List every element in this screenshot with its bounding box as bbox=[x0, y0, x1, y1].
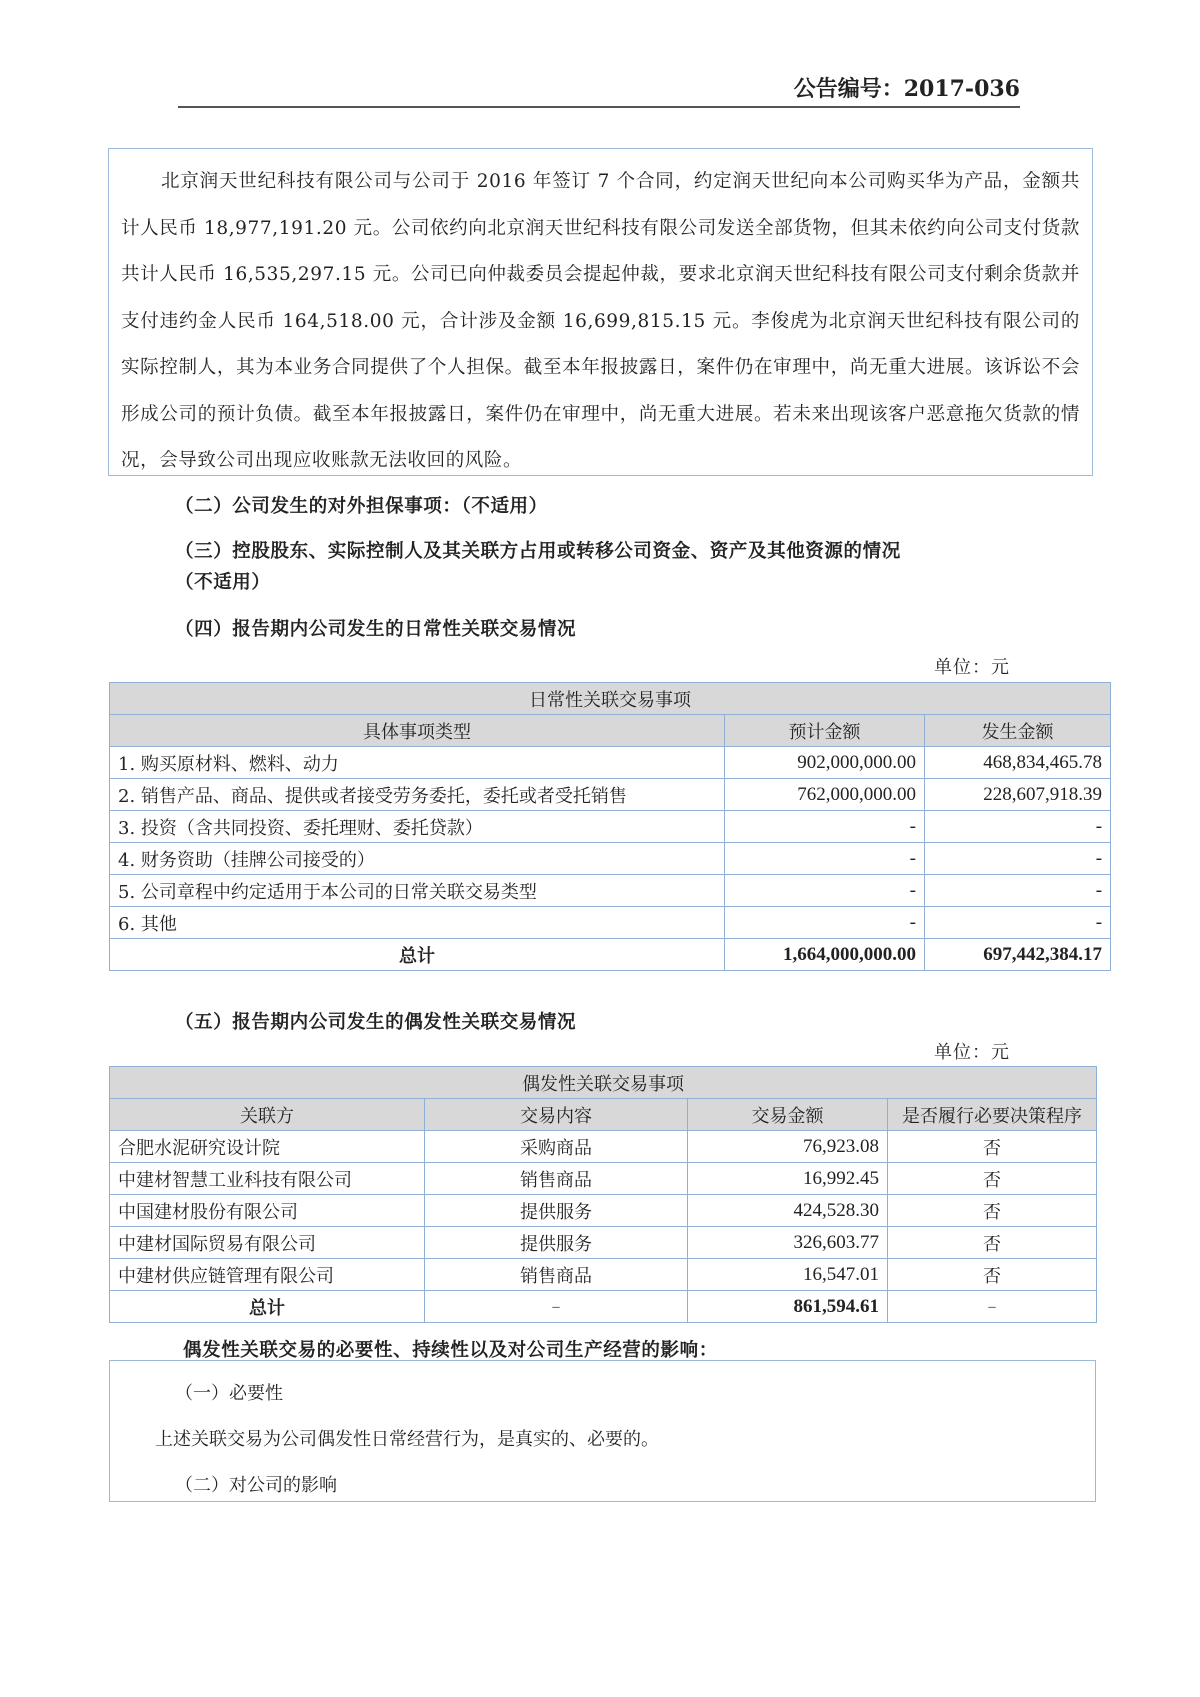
transaction-amount: 326,603.77 bbox=[688, 1227, 888, 1259]
decision-procedure: 否 bbox=[888, 1227, 1097, 1259]
actual-amount: 228,607,918.39 bbox=[925, 779, 1111, 811]
column-header: 关联方 bbox=[110, 1099, 425, 1131]
transaction-amount: 424,528.30 bbox=[688, 1195, 888, 1227]
estimated-amount: - bbox=[725, 907, 925, 939]
item-type: 5. 公司章程中约定适用于本公司的日常关联交易类型 bbox=[110, 875, 725, 907]
transaction-amount: 16,547.01 bbox=[688, 1259, 888, 1291]
item-type: 2. 销售产品、商品、提供或者接受劳务委托，委托或者受托销售 bbox=[110, 779, 725, 811]
necessity-text: 上述关联交易为公司偶发性日常经营行为，是真实的、必要的。 bbox=[155, 1417, 1095, 1463]
item-type: 1. 购买原材料、燃料、动力 bbox=[110, 747, 725, 779]
total-procedure: – bbox=[888, 1291, 1097, 1323]
decision-procedure: 否 bbox=[888, 1163, 1097, 1195]
column-header: 交易内容 bbox=[425, 1099, 688, 1131]
estimated-amount: - bbox=[725, 875, 925, 907]
total-row: 总计 – 861,594.61 – bbox=[110, 1291, 1097, 1323]
total-label: 总计 bbox=[110, 1291, 425, 1323]
total-actual: 697,442,384.17 bbox=[925, 939, 1111, 971]
transaction-content: 采购商品 bbox=[425, 1131, 688, 1163]
related-party: 中国建材股份有限公司 bbox=[110, 1195, 425, 1227]
transaction-amount: 16,992.45 bbox=[688, 1163, 888, 1195]
actual-amount: - bbox=[925, 875, 1111, 907]
total-amount: 861,594.61 bbox=[688, 1291, 888, 1323]
table-row: 合肥水泥研究设计院 采购商品 76,923.08 否 bbox=[110, 1131, 1097, 1163]
item-type: 4. 财务资助（挂牌公司接受的） bbox=[110, 843, 725, 875]
table-row: 3. 投资（含共同投资、委托理财、委托贷款） - - bbox=[110, 811, 1111, 843]
column-header: 发生金额 bbox=[925, 715, 1111, 747]
necessity-heading: （一）必要性 bbox=[175, 1371, 1095, 1417]
impact-box: （一）必要性 上述关联交易为公司偶发性日常经营行为，是真实的、必要的。 （二）对… bbox=[109, 1360, 1096, 1502]
estimated-amount: 762,000,000.00 bbox=[725, 779, 925, 811]
column-header: 是否履行必要决策程序 bbox=[888, 1099, 1097, 1131]
related-party: 中建材国际贸易有限公司 bbox=[110, 1227, 425, 1259]
related-party: 合肥水泥研究设计院 bbox=[110, 1131, 425, 1163]
total-label: 总计 bbox=[110, 939, 725, 971]
section-heading-daily-transactions: （四）报告期内公司发生的日常性关联交易情况 bbox=[175, 615, 576, 641]
decision-procedure: 否 bbox=[888, 1131, 1097, 1163]
impact-heading: 偶发性关联交易的必要性、持续性以及对公司生产经营的影响： bbox=[183, 1336, 718, 1362]
company-impact-heading: （二）对公司的影响 bbox=[175, 1463, 1095, 1509]
occasional-table-unit: 单位：元 bbox=[934, 1038, 1010, 1064]
daily-table-unit: 单位：元 bbox=[934, 653, 1010, 679]
decision-procedure: 否 bbox=[888, 1195, 1097, 1227]
column-header: 预计金额 bbox=[725, 715, 925, 747]
total-estimated: 1,664,000,000.00 bbox=[725, 939, 925, 971]
section-heading-guarantee: （二）公司发生的对外担保事项：（不适用） bbox=[175, 492, 548, 518]
estimated-amount: - bbox=[725, 811, 925, 843]
decision-procedure: 否 bbox=[888, 1259, 1097, 1291]
estimated-amount: - bbox=[725, 843, 925, 875]
related-party: 中建材供应链管理有限公司 bbox=[110, 1259, 425, 1291]
table-row: 中国建材股份有限公司 提供服务 424,528.30 否 bbox=[110, 1195, 1097, 1227]
table-row: 中建材国际贸易有限公司 提供服务 326,603.77 否 bbox=[110, 1227, 1097, 1259]
litigation-paragraph: 北京润天世纪科技有限公司与公司于 2016 年签订 7 个合同，约定润天世纪向本… bbox=[108, 148, 1093, 476]
actual-amount: 468,834,465.78 bbox=[925, 747, 1111, 779]
total-content: – bbox=[425, 1291, 688, 1323]
table-row: 6. 其他 - - bbox=[110, 907, 1111, 939]
transaction-amount: 76,923.08 bbox=[688, 1131, 888, 1163]
table-title: 偶发性关联交易事项 bbox=[110, 1067, 1097, 1099]
item-type: 6. 其他 bbox=[110, 907, 725, 939]
transaction-content: 提供服务 bbox=[425, 1195, 688, 1227]
transaction-content: 销售商品 bbox=[425, 1259, 688, 1291]
page-header: 公告编号：2017-036 bbox=[178, 70, 1020, 108]
table-title: 日常性关联交易事项 bbox=[110, 683, 1111, 715]
item-type: 3. 投资（含共同投资、委托理财、委托贷款） bbox=[110, 811, 725, 843]
related-party: 中建材智慧工业科技有限公司 bbox=[110, 1163, 425, 1195]
table-row: 4. 财务资助（挂牌公司接受的） - - bbox=[110, 843, 1111, 875]
column-header: 具体事项类型 bbox=[110, 715, 725, 747]
total-row: 总计 1,664,000,000.00 697,442,384.17 bbox=[110, 939, 1111, 971]
transaction-content: 提供服务 bbox=[425, 1227, 688, 1259]
actual-amount: - bbox=[925, 907, 1111, 939]
section-heading-fund-occupation-na: （不适用） bbox=[175, 568, 271, 594]
table-row: 中建材供应链管理有限公司 销售商品 16,547.01 否 bbox=[110, 1259, 1097, 1291]
actual-amount: - bbox=[925, 811, 1111, 843]
transaction-content: 销售商品 bbox=[425, 1163, 688, 1195]
table-row: 1. 购买原材料、燃料、动力 902,000,000.00 468,834,46… bbox=[110, 747, 1111, 779]
table-row: 2. 销售产品、商品、提供或者接受劳务委托，委托或者受托销售 762,000,0… bbox=[110, 779, 1111, 811]
daily-transactions-table: 日常性关联交易事项 具体事项类型 预计金额 发生金额 1. 购买原材料、燃料、动… bbox=[109, 682, 1111, 971]
actual-amount: - bbox=[925, 843, 1111, 875]
section-heading-fund-occupation: （三）控股股东、实际控制人及其关联方占用或转移公司资金、资产及其他资源的情况 bbox=[175, 537, 901, 563]
column-header: 交易金额 bbox=[688, 1099, 888, 1131]
table-row: 5. 公司章程中约定适用于本公司的日常关联交易类型 - - bbox=[110, 875, 1111, 907]
announcement-number: 公告编号：2017-036 bbox=[794, 72, 1020, 103]
estimated-amount: 902,000,000.00 bbox=[725, 747, 925, 779]
table-row: 中建材智慧工业科技有限公司 销售商品 16,992.45 否 bbox=[110, 1163, 1097, 1195]
section-heading-occasional-transactions: （五）报告期内公司发生的偶发性关联交易情况 bbox=[175, 1008, 576, 1034]
occasional-transactions-table: 偶发性关联交易事项 关联方 交易内容 交易金额 是否履行必要决策程序 合肥水泥研… bbox=[109, 1066, 1097, 1323]
